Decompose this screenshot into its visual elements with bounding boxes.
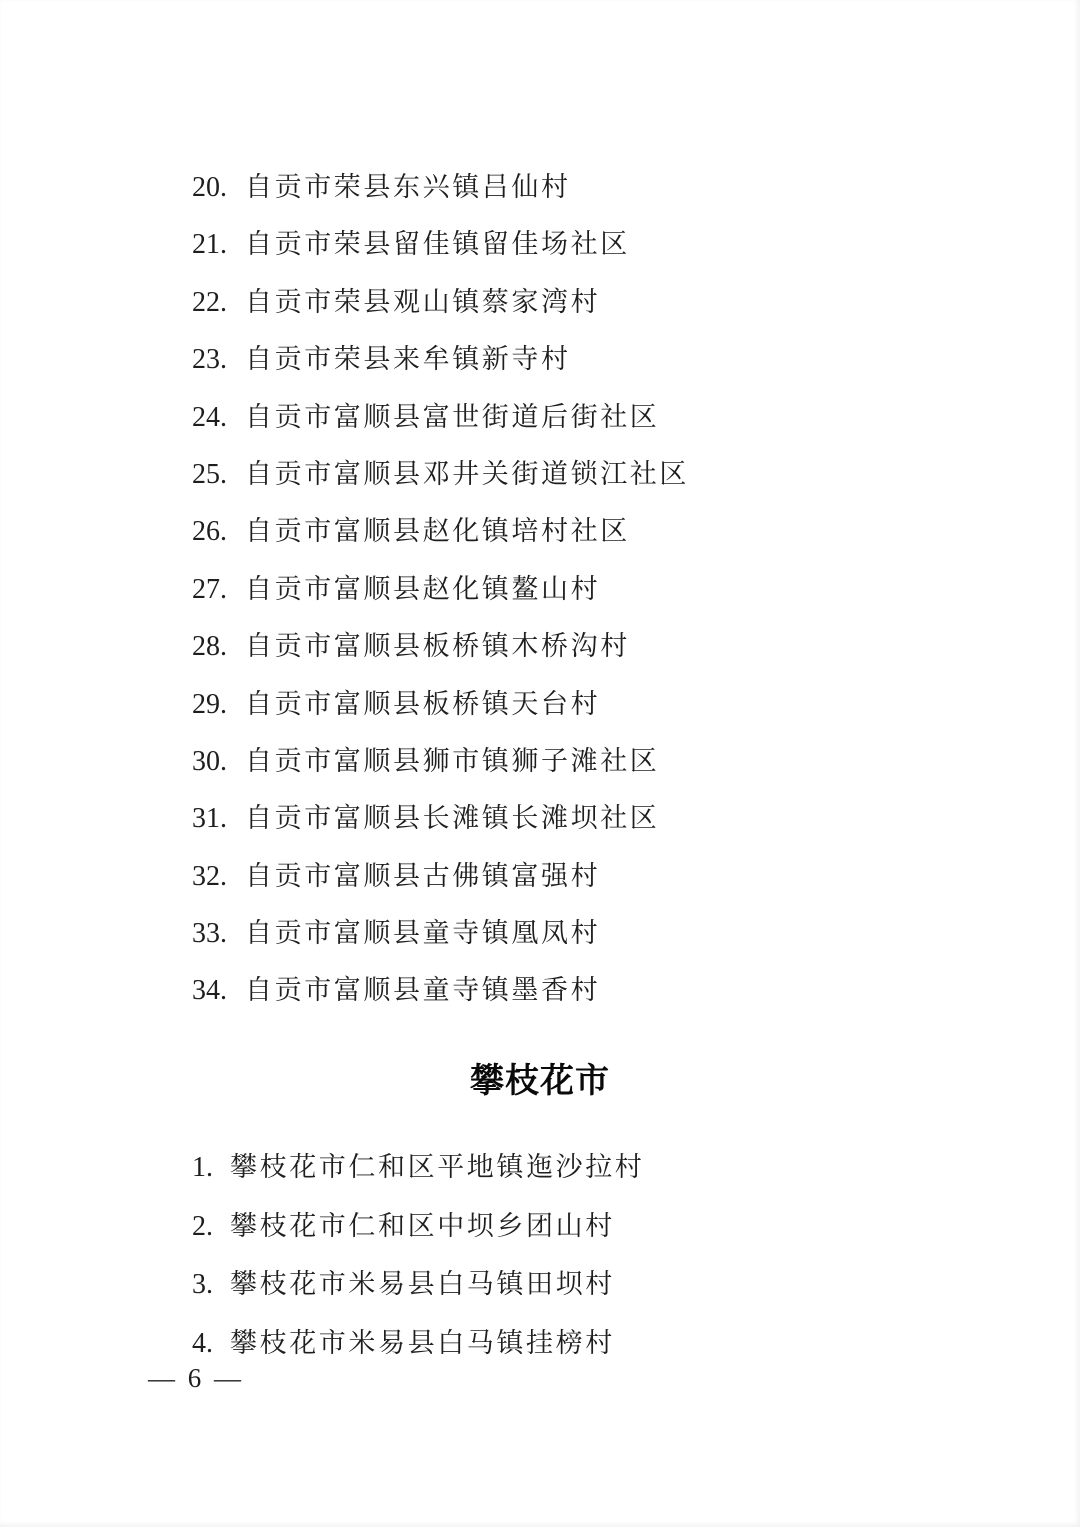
list-item: 26.自贡市富顺县赵化镇培村社区 — [192, 503, 689, 560]
item-text: 自贡市荣县留佳镇留佳场社区 — [245, 229, 630, 259]
item-number: 20. — [192, 159, 245, 216]
item-number: 23. — [192, 331, 245, 388]
list-item: 32.自贡市富顺县古佛镇富强村 — [192, 848, 689, 905]
section-heading-panzhihua: 攀枝花市 — [0, 1060, 1080, 1102]
list-item: 3.攀枝花市米易县白马镇田坝村 — [192, 1255, 644, 1314]
list-item: 24.自贡市富顺县富世街道后街社区 — [192, 389, 689, 446]
item-number: 32. — [192, 848, 245, 905]
item-text: 自贡市富顺县赵化镇鳌山村 — [245, 574, 600, 604]
item-number: 31. — [192, 790, 245, 847]
item-text: 自贡市富顺县古佛镇富强村 — [245, 861, 600, 891]
list-item: 34.自贡市富顺县童寺镇墨香村 — [192, 962, 689, 1019]
item-text: 攀枝花市仁和区平地镇迤沙拉村 — [230, 1152, 644, 1182]
list-item: 33.自贡市富顺县童寺镇凰凤村 — [192, 905, 689, 962]
list-item: 29.自贡市富顺县板桥镇天台村 — [192, 676, 689, 733]
list-item: 20.自贡市荣县东兴镇吕仙村 — [192, 159, 689, 216]
item-text: 自贡市富顺县板桥镇木桥沟村 — [245, 631, 630, 661]
item-number: 29. — [192, 676, 245, 733]
list-item: 25.自贡市富顺县邓井关街道锁江社区 — [192, 446, 689, 503]
list-item: 1.攀枝花市仁和区平地镇迤沙拉村 — [192, 1138, 644, 1197]
item-text: 自贡市富顺县赵化镇培村社区 — [245, 516, 630, 546]
item-text: 攀枝花市米易县白马镇田坝村 — [230, 1269, 615, 1299]
panzhihua-village-list: 1.攀枝花市仁和区平地镇迤沙拉村 2.攀枝花市仁和区中坝乡团山村 3.攀枝花市米… — [192, 1138, 644, 1372]
item-text: 攀枝花市米易县白马镇挂榜村 — [230, 1328, 615, 1358]
item-text: 自贡市富顺县狮市镇狮子滩社区 — [245, 746, 659, 776]
item-number: 26. — [192, 503, 245, 560]
item-number: 30. — [192, 733, 245, 790]
item-number: 24. — [192, 389, 245, 446]
list-item: 4.攀枝花市米易县白马镇挂榜村 — [192, 1314, 644, 1373]
list-item: 22.自贡市荣县观山镇蔡家湾村 — [192, 274, 689, 331]
item-number: 25. — [192, 446, 245, 503]
item-text: 自贡市富顺县童寺镇墨香村 — [245, 975, 600, 1005]
list-item: 23.自贡市荣县来牟镇新寺村 — [192, 331, 689, 388]
item-number: 1. — [192, 1139, 230, 1198]
item-text: 自贡市富顺县板桥镇天台村 — [245, 689, 600, 719]
document-page: 20.自贡市荣县东兴镇吕仙村 21.自贡市荣县留佳镇留佳场社区 22.自贡市荣县… — [0, 0, 1080, 1527]
item-text: 自贡市富顺县童寺镇凰凤村 — [245, 918, 600, 948]
item-text: 自贡市荣县东兴镇吕仙村 — [245, 172, 571, 202]
list-item: 28.自贡市富顺县板桥镇木桥沟村 — [192, 618, 689, 675]
item-number: 34. — [192, 962, 245, 1019]
list-item: 21.自贡市荣县留佳镇留佳场社区 — [192, 216, 689, 273]
item-text: 攀枝花市仁和区中坝乡团山村 — [230, 1211, 615, 1241]
item-text: 自贡市富顺县长滩镇长滩坝社区 — [245, 803, 659, 833]
item-text: 自贡市荣县观山镇蔡家湾村 — [245, 287, 600, 317]
item-number: 33. — [192, 905, 245, 962]
item-number: 28. — [192, 618, 245, 675]
page-number: — 6 — — [148, 1363, 244, 1394]
item-text: 自贡市富顺县富世街道后街社区 — [245, 402, 659, 432]
list-item: 31.自贡市富顺县长滩镇长滩坝社区 — [192, 790, 689, 847]
item-text: 自贡市富顺县邓井关街道锁江社区 — [245, 459, 689, 489]
item-text: 自贡市荣县来牟镇新寺村 — [245, 344, 571, 374]
list-item: 27.自贡市富顺县赵化镇鳌山村 — [192, 561, 689, 618]
item-number: 21. — [192, 216, 245, 273]
list-item: 30.自贡市富顺县狮市镇狮子滩社区 — [192, 733, 689, 790]
list-item: 2.攀枝花市仁和区中坝乡团山村 — [192, 1197, 644, 1256]
item-number: 3. — [192, 1256, 230, 1315]
item-number: 27. — [192, 561, 245, 618]
item-number: 2. — [192, 1198, 230, 1257]
zigong-village-list: 20.自贡市荣县东兴镇吕仙村 21.自贡市荣县留佳镇留佳场社区 22.自贡市荣县… — [192, 159, 689, 1020]
item-number: 22. — [192, 274, 245, 331]
